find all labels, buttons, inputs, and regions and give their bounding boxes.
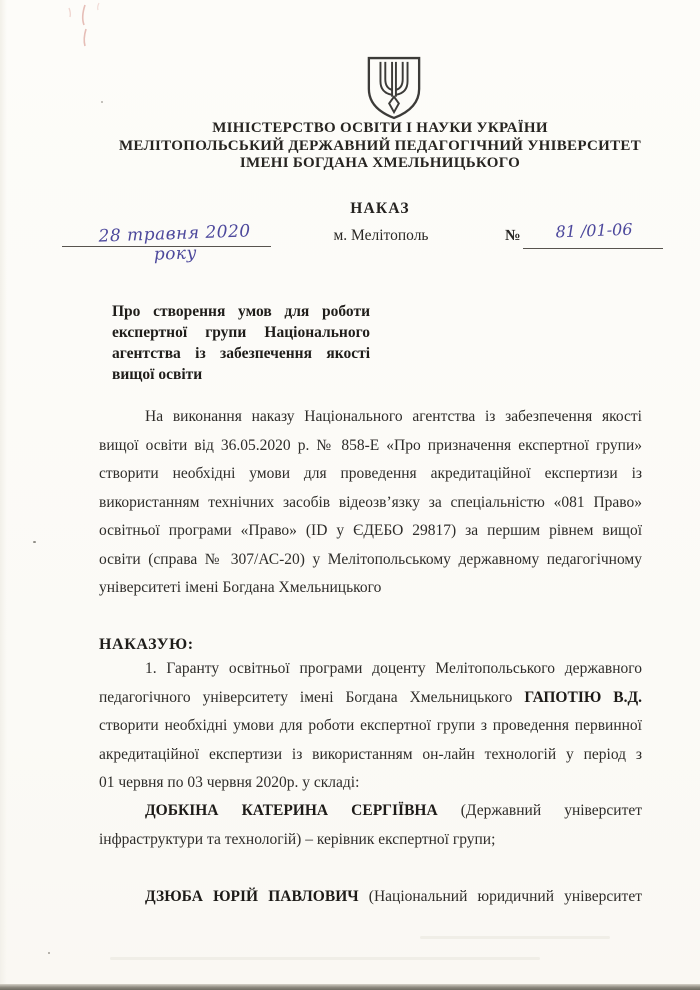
text-line: Про створення умов для роботи	[112, 301, 370, 322]
scan-bleed-mark	[110, 957, 540, 960]
text-line: використанням технічних засобів відеозв’…	[99, 489, 642, 518]
order-item-1: 1. Гаранту освітньої програми доценту Ме…	[99, 655, 642, 798]
coat-of-arms	[365, 55, 423, 121]
text-line: експертної групи Національного	[112, 322, 370, 343]
scan-bleed-mark	[420, 936, 610, 939]
order-subject: Про створення умов для роботиекспертної …	[112, 301, 370, 385]
red-pen-marks	[55, 0, 115, 55]
scan-speck	[48, 952, 50, 954]
text-line: інфраструктури та технологій) – керівник…	[99, 826, 642, 855]
text-line: агентства із забезпечення якості	[112, 343, 370, 364]
trident-icon	[365, 55, 423, 121]
text-line: ДЗЮБА ЮРІЙ ПАВЛОВИЧ (Національний юридич…	[99, 883, 642, 912]
text-line: вищої освіти	[112, 364, 370, 385]
text-line: ДОБКІНА КАТЕРИНА СЕРГІЇВНА (Державний ун…	[99, 797, 642, 826]
text-line: На виконання наказу Національного агентс…	[99, 403, 642, 432]
text-line: педагогічного університету імені Богдана…	[99, 684, 642, 713]
preamble-paragraph: На виконання наказу Національного агентс…	[99, 403, 642, 603]
order-title: НАКАЗ	[60, 200, 700, 218]
scanned-order-document: МІНІСТЕРСТВО ОСВІТИ І НАУКИ УКРАЇНИ МЕЛІ…	[0, 0, 700, 990]
text-line: створити необхідні умови для проведення …	[99, 460, 642, 489]
text-line: вищої освіти від 36.05.2020 р. № 858-Е «…	[99, 432, 642, 461]
text-line: 1. Гаранту освітньої програми доценту Ме…	[99, 655, 642, 684]
scan-speck	[101, 101, 103, 103]
expert-member-2: ДЗЮБА ЮРІЙ ПАВЛОВИЧ (Національний юридич…	[99, 883, 642, 912]
text-line: акредитаційної експертизи із використанн…	[99, 741, 642, 770]
header-university: МЕЛІТОПОЛЬСЬКИЙ ДЕРЖАВНИЙ ПЕДАГОГІЧНИЙ У…	[60, 138, 700, 155]
resolution-heading: НАКАЗУЮ:	[99, 636, 194, 654]
header-named-after: ІМЕНІ БОГДАНА ХМЕЛЬНИЦЬКОГО	[60, 155, 700, 172]
order-city: м. Мелітополь	[301, 227, 461, 245]
handwritten-date: 28 травня 2020 року	[74, 221, 275, 268]
scan-bottom-edge	[0, 984, 700, 990]
text-line: 01 червня по 03 червня 2020р. у складі:	[99, 769, 642, 798]
scan-left-edge	[0, 0, 7, 990]
text-line: створити необхідні умови для роботи експ…	[99, 712, 642, 741]
text-line: університеті імені Богдана Хмельницького	[99, 574, 642, 603]
order-number-sign: №	[505, 227, 521, 245]
text-line: освітньої програми «Право» (ID у ЄДЕБО 2…	[99, 517, 642, 546]
header-ministry: МІНІСТЕРСТВО ОСВІТИ І НАУКИ УКРАЇНИ	[60, 120, 700, 137]
text-line: освіти (справа № 307/АС-20) у Мелітополь…	[99, 546, 642, 575]
scan-speck	[33, 541, 36, 543]
expert-member-1: ДОБКІНА КАТЕРИНА СЕРГІЇВНА (Державний ун…	[99, 797, 642, 854]
